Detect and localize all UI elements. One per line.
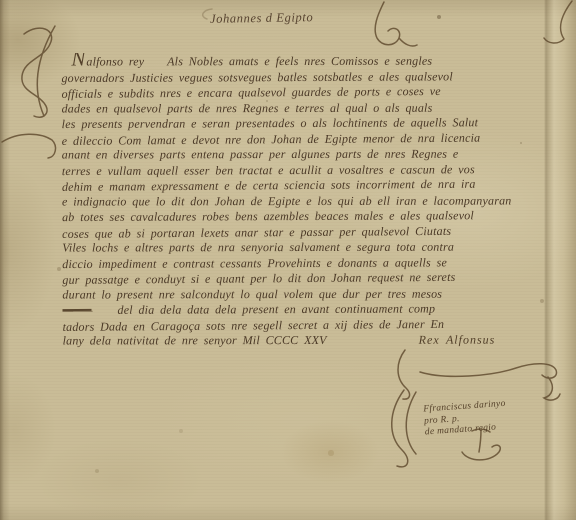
manuscript-line: dehim e manam expressament e de certa sc… — [62, 176, 550, 195]
manuscript-line: Nalfonso rey Als Nobles amats e feels nr… — [61, 51, 549, 70]
manuscript-line: e indignacio que lo dit don Johan de Egi… — [62, 193, 550, 210]
manuscript-line: gur passatge e conduyt si e quant per lo… — [62, 269, 550, 288]
scribal-signature-block: Ffranciscus darinyo pro R. p. de mandato… — [423, 396, 555, 439]
dateline-text: lany dela nativitat de nre senyor Mil CC… — [63, 333, 327, 348]
document-heading: Johannes d Egipto — [210, 10, 313, 27]
paper-stains — [0, 0, 2, 2]
opening-initial: N — [71, 51, 86, 71]
heading-tail-flourish — [375, 2, 417, 46]
manuscript-line-text: del dia dela data dela present en avant … — [117, 301, 435, 316]
manuscript-line-text: alfonso rey Als Nobles amats e feels nre… — [86, 54, 432, 69]
manuscript-line: durant lo present nre salconduyt lo qual… — [62, 286, 550, 303]
top-right-flourish — [544, 1, 572, 43]
manuscript-page: Johannes d Egipto Nalfonso rey Als Noble… — [0, 0, 576, 520]
struck-out-text: ——— — [62, 303, 91, 317]
manuscript-line: Viles lochs e altres parts de nra senyor… — [62, 239, 550, 256]
manuscript-dateline: lany dela nativitat de nre senyor Mil CC… — [63, 332, 551, 349]
signature-ribbon-flourish — [392, 390, 416, 467]
left-margin-paraph — [22, 28, 52, 117]
left-margin-hook-flourish — [2, 134, 55, 158]
manuscript-line: officials e subdits nres e encara qualse… — [61, 83, 549, 102]
rex-paraph-left — [398, 350, 410, 399]
manuscript-text-block: Nalfonso rey Als Nobles amats e feels nr… — [61, 51, 550, 350]
manuscript-line: anant en diverses parts entena passar pe… — [62, 146, 550, 163]
left-margin-paraph-tail — [37, 26, 55, 116]
royal-subscription: Rex Alfonsus — [419, 333, 496, 347]
manuscript-line: dades en qualsevol parts de nres Regnes … — [62, 100, 550, 117]
rex-paraph-wave — [420, 364, 560, 400]
